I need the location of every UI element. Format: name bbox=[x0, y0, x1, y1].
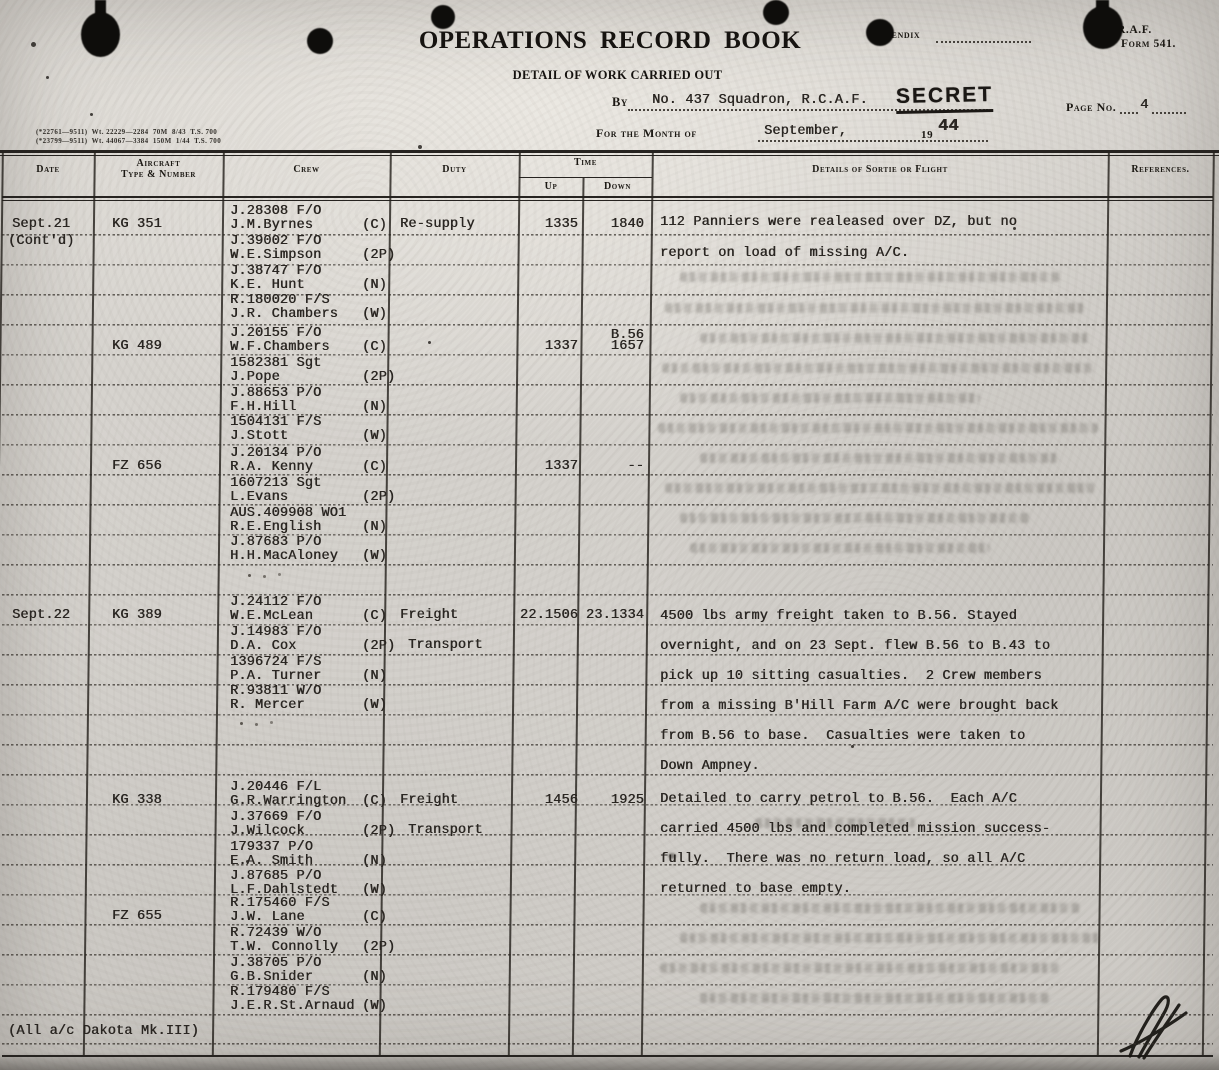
ink-speck bbox=[46, 76, 49, 79]
crew-service-number: J.20134 P/O bbox=[230, 447, 321, 461]
ink-speck bbox=[418, 145, 422, 149]
ghost-bleed-mark bbox=[680, 933, 1100, 943]
form-ref-number: Form 541. bbox=[1121, 38, 1176, 50]
row-divider-line bbox=[2, 444, 1213, 446]
page-number-value: 4 bbox=[1140, 98, 1149, 112]
date-continued-label: (Cont'd) bbox=[8, 235, 74, 249]
crew-name: J.Stott bbox=[230, 430, 288, 444]
crew-position: (N) bbox=[362, 971, 387, 985]
squadron-name: No. 437 Squadron, R.C.A.F. bbox=[652, 94, 868, 108]
time-up-value: 1337 bbox=[516, 340, 578, 354]
stray-dot-marks bbox=[240, 722, 243, 725]
row-divider-line bbox=[2, 594, 1213, 596]
row-divider-line bbox=[2, 1043, 1213, 1045]
crew-service-number: 1607213 Sgt bbox=[230, 477, 321, 491]
crew-position: (N) bbox=[362, 279, 387, 293]
row-divider-line bbox=[2, 684, 1213, 686]
time-down-value: 23.1334 bbox=[584, 609, 644, 623]
row-divider-line bbox=[2, 924, 1213, 926]
time-down-value: 1657 bbox=[584, 340, 644, 354]
page-number-leader-1 bbox=[1120, 111, 1138, 114]
sortie-detail-line: overnight, and on 23 Sept. flew B.56 to … bbox=[660, 640, 1050, 654]
print-code-line1: (*22761—9511) Wt. 22229—2284 70M 8/43 T.… bbox=[36, 128, 217, 136]
page-number-label: Page No. bbox=[1066, 100, 1116, 115]
sortie-detail-line: carried 4500 lbs and completed mission s… bbox=[660, 823, 1050, 837]
crew-service-number: J.14983 F/O bbox=[230, 626, 321, 640]
row-divider-line bbox=[2, 864, 1213, 866]
ghost-bleed-mark bbox=[700, 333, 1090, 343]
row-divider-line bbox=[2, 624, 1213, 626]
crew-position: (W) bbox=[362, 1000, 387, 1014]
crew-name: G.B.Snider bbox=[230, 971, 313, 985]
crew-position: (C) bbox=[362, 219, 387, 233]
crew-position: (N) bbox=[362, 521, 387, 535]
aircraft-number: FZ 655 bbox=[112, 910, 162, 924]
row-divider-line bbox=[2, 324, 1213, 326]
crew-service-number: R.93811 W/O bbox=[230, 685, 321, 699]
page-subtitle: DETAIL OF WORK CARRIED OUT bbox=[495, 68, 740, 83]
crew-position: (C) bbox=[362, 911, 387, 925]
crew-service-number: 1504131 F/S bbox=[230, 416, 321, 430]
aircraft-number: KG 351 bbox=[112, 218, 162, 232]
ghost-bleed-mark bbox=[680, 272, 1060, 282]
crew-position: (W) bbox=[362, 884, 387, 898]
aircraft-number: FZ 656 bbox=[112, 460, 162, 474]
print-code-line2: (*23799—9511) Wt. 44067—3384 150M 1/44 T… bbox=[36, 137, 221, 145]
ghost-bleed-mark bbox=[665, 303, 1085, 313]
row-divider-line bbox=[2, 1014, 1213, 1016]
crew-name: D.A. Cox bbox=[230, 640, 296, 654]
col-header-date: Date bbox=[2, 164, 94, 175]
hole-punch-mark bbox=[866, 19, 894, 46]
col-header-time-down: Down bbox=[583, 181, 652, 192]
crew-position: (2P) bbox=[362, 491, 395, 505]
ink-speck bbox=[428, 341, 431, 344]
crew-name: W.E.McLean bbox=[230, 610, 313, 624]
crew-position: (2P) bbox=[362, 640, 395, 654]
month-label: For the Month of bbox=[596, 126, 697, 141]
header-bottom-border-thin bbox=[2, 200, 1213, 201]
crew-position: (N) bbox=[362, 401, 387, 415]
crew-name: K.E. Hunt bbox=[230, 279, 305, 293]
table-top-border-thick bbox=[0, 150, 1219, 153]
table-top-border-thin bbox=[0, 155, 1219, 156]
hole-punch-mark bbox=[1083, 6, 1123, 49]
crew-name: E.A. Smith bbox=[230, 855, 313, 869]
ghost-bleed-mark bbox=[700, 993, 1050, 1003]
crew-service-number: J.39002 F/O bbox=[230, 235, 321, 249]
crew-name: J.W. Lane bbox=[230, 911, 305, 925]
crew-service-number: R.72439 W/O bbox=[230, 927, 321, 941]
duty-label: Re-supply bbox=[400, 218, 475, 232]
row-divider-line bbox=[2, 474, 1213, 476]
crew-position: (C) bbox=[362, 341, 387, 355]
row-divider-line bbox=[2, 984, 1213, 986]
column-divider-line bbox=[1202, 152, 1215, 1056]
crew-name: J.Wilcock bbox=[230, 825, 305, 839]
row-divider-line bbox=[2, 384, 1213, 386]
row-divider-line bbox=[2, 744, 1213, 746]
aircraft-number: KG 338 bbox=[112, 794, 162, 808]
page-bottom-shadow bbox=[0, 1052, 1219, 1070]
ghost-bleed-mark bbox=[700, 903, 1080, 913]
sortie-detail-line: returned to base empty. bbox=[660, 883, 851, 897]
ghost-bleed-mark bbox=[690, 543, 990, 553]
crew-service-number: J.20446 F/L bbox=[230, 781, 321, 795]
sortie-detail-line: pick up 10 sitting casualties. 2 Crew me… bbox=[660, 670, 1042, 684]
operations-record-book-page: OPERATIONS RECORD BOOK DETAIL OF WORK CA… bbox=[0, 0, 1219, 1070]
duty-label: Transport bbox=[408, 639, 483, 653]
page-title: OPERATIONS RECORD BOOK bbox=[405, 27, 815, 55]
crew-service-number: J.87685 P/O bbox=[230, 870, 321, 884]
row-divider-line bbox=[2, 294, 1213, 296]
hole-punch-mark bbox=[431, 5, 455, 29]
crew-position: (C) bbox=[362, 461, 387, 475]
col-header-aircraft-line1: Aircraft bbox=[94, 158, 223, 169]
crew-service-number: J.87683 P/O bbox=[230, 536, 321, 550]
crew-position: (N) bbox=[362, 855, 387, 869]
ghost-bleed-mark bbox=[660, 963, 1060, 973]
column-divider-line bbox=[641, 152, 654, 1056]
crew-name: L.Evans bbox=[230, 491, 288, 505]
crew-name: T.W. Connolly bbox=[230, 941, 338, 955]
footnote-aircraft-type: (All a/c Dakota Mk.III) bbox=[8, 1025, 199, 1039]
time-up-value: 1335 bbox=[516, 218, 578, 232]
ghost-bleed-mark bbox=[662, 363, 1094, 373]
col-header-aircraft-line2: Type & Number bbox=[94, 169, 223, 180]
col-header-references: References. bbox=[1108, 164, 1213, 175]
duty-label: Transport bbox=[408, 824, 483, 838]
crew-service-number: 179337 P/O bbox=[230, 841, 313, 855]
secret-stamp: SECRET bbox=[896, 83, 994, 114]
time-up-value: 1337 bbox=[516, 460, 578, 474]
crew-position: (C) bbox=[362, 795, 387, 809]
crew-service-number: R.180020 F/S bbox=[230, 294, 330, 308]
crew-service-number: R.179480 F/S bbox=[230, 986, 330, 1000]
row-divider-line bbox=[2, 714, 1213, 716]
month-value: September, bbox=[764, 125, 847, 139]
time-up-value: 22.1506 bbox=[516, 609, 578, 623]
crew-service-number: J.38705 P/O bbox=[230, 957, 321, 971]
crew-position: (N) bbox=[362, 670, 387, 684]
col-header-details: Details of Sortie or Flight bbox=[652, 164, 1108, 175]
crew-position: (2P) bbox=[362, 249, 395, 263]
col-header-duty: Duty bbox=[390, 164, 519, 175]
header-bottom-border-thick bbox=[2, 196, 1213, 198]
year-written: 44 bbox=[938, 120, 959, 134]
time-down-value: 1925 bbox=[584, 794, 644, 808]
sortie-detail-line: from a missing B'Hill Farm A/C were brou… bbox=[660, 700, 1058, 714]
sortie-detail-line: fully. There was no return load, so all … bbox=[660, 853, 1025, 867]
crew-position: (2P) bbox=[362, 941, 395, 955]
row-divider-line bbox=[2, 774, 1213, 776]
time-subheader-line bbox=[519, 177, 652, 178]
row-divider-line bbox=[2, 534, 1213, 536]
crew-service-number: J.24112 F/O bbox=[230, 596, 321, 610]
column-divider-line bbox=[508, 152, 521, 1056]
sortie-detail-line: 112 Panniers were realeased over DZ, but… bbox=[660, 216, 1017, 230]
crew-position: (W) bbox=[362, 550, 387, 564]
crew-position: (W) bbox=[362, 308, 387, 322]
crew-name: R.E.English bbox=[230, 521, 321, 535]
date-label: Sept.22 bbox=[12, 609, 70, 623]
duty-label: Freight bbox=[400, 794, 458, 808]
row-divider-line bbox=[2, 954, 1213, 956]
time-down-value: 1840 bbox=[584, 218, 644, 232]
duty-label: Freight bbox=[400, 609, 458, 623]
aircraft-number: KG 389 bbox=[112, 609, 162, 623]
stray-dot-marks bbox=[248, 574, 251, 577]
month-underline bbox=[758, 139, 988, 142]
row-divider-line bbox=[2, 414, 1213, 416]
crew-position: (C) bbox=[362, 610, 387, 624]
time-down-value: -- bbox=[584, 460, 644, 474]
crew-name: J.Pope bbox=[230, 371, 280, 385]
row-divider-line bbox=[2, 564, 1213, 566]
crew-service-number: R.175460 F/S bbox=[230, 897, 330, 911]
sortie-detail-line: Detailed to carry petrol to B.56. Each A… bbox=[660, 793, 1017, 807]
hole-punch-mark bbox=[763, 0, 789, 25]
sortie-detail-line: from B.56 to base. Casualties were taken… bbox=[660, 730, 1025, 744]
row-divider-line bbox=[2, 264, 1213, 266]
sortie-detail-line: Down Ampney. bbox=[660, 760, 760, 774]
crew-name: J.M.Byrnes bbox=[230, 219, 313, 233]
date-label: Sept.21 bbox=[12, 218, 70, 232]
crew-name: F.H.Hill bbox=[230, 401, 296, 415]
hole-punch-mark bbox=[307, 28, 333, 54]
column-divider-line bbox=[212, 152, 225, 1056]
ghost-bleed-mark bbox=[665, 483, 1095, 493]
ink-speck bbox=[90, 113, 93, 116]
crew-service-number: 1396724 F/S bbox=[230, 656, 321, 670]
col-header-time-up: Up bbox=[519, 181, 583, 192]
crew-position: (W) bbox=[362, 699, 387, 713]
crew-name: J.R. Chambers bbox=[230, 308, 338, 322]
appendix-leader bbox=[936, 40, 1031, 43]
crew-service-number: J.20155 F/O bbox=[230, 327, 321, 341]
row-divider-line bbox=[2, 894, 1213, 896]
time-up-value: 1456 bbox=[516, 794, 578, 808]
crew-service-number: J.28308 F/O bbox=[230, 205, 321, 219]
crew-name: R.A. Kenny bbox=[230, 461, 313, 475]
crew-service-number: J.37669 F/O bbox=[230, 811, 321, 825]
crew-name: J.E.R.St.Arnaud bbox=[230, 1000, 355, 1014]
crew-service-number: J.88653 P/O bbox=[230, 387, 321, 401]
row-divider-line bbox=[2, 234, 1213, 236]
ghost-bleed-mark bbox=[700, 453, 1060, 463]
row-divider-line bbox=[2, 354, 1213, 356]
crew-position: (2P) bbox=[362, 371, 395, 385]
crew-service-number: 1582381 Sgt bbox=[230, 357, 321, 371]
row-divider-line bbox=[2, 654, 1213, 656]
crew-name: W.E.Simpson bbox=[230, 249, 321, 263]
crew-position: (2P) bbox=[362, 825, 395, 839]
crew-name: P.A. Turner bbox=[230, 670, 321, 684]
row-divider-line bbox=[2, 504, 1213, 506]
crew-position: (W) bbox=[362, 430, 387, 444]
col-header-crew: Crew bbox=[223, 164, 390, 175]
ghost-bleed-mark bbox=[680, 393, 980, 403]
crew-name: G.R.Warrington bbox=[230, 795, 346, 809]
col-header-time: Time bbox=[519, 157, 652, 168]
hole-punch-mark bbox=[81, 12, 120, 57]
ghost-bleed-mark bbox=[658, 423, 1098, 433]
page-number-leader-2 bbox=[1152, 111, 1186, 114]
column-divider-line bbox=[83, 152, 96, 1056]
crew-service-number: AUS.409908 WO1 bbox=[230, 507, 346, 521]
crew-name: R. Mercer bbox=[230, 699, 305, 713]
column-divider-line bbox=[0, 152, 4, 1056]
ghost-bleed-mark bbox=[680, 513, 1030, 523]
sortie-detail-line: report on load of missing A/C. bbox=[660, 247, 909, 261]
sortie-detail-line: 4500 lbs army freight taken to B.56. Sta… bbox=[660, 610, 1017, 624]
aircraft-number: KG 489 bbox=[112, 340, 162, 354]
crew-name: W.F.Chambers bbox=[230, 341, 330, 355]
crew-name: H.H.MacAloney bbox=[230, 550, 338, 564]
crew-service-number: J.38747 F/O bbox=[230, 265, 321, 279]
by-label: By bbox=[612, 95, 628, 110]
column-divider-line bbox=[1097, 152, 1110, 1056]
ink-speck bbox=[31, 42, 36, 47]
